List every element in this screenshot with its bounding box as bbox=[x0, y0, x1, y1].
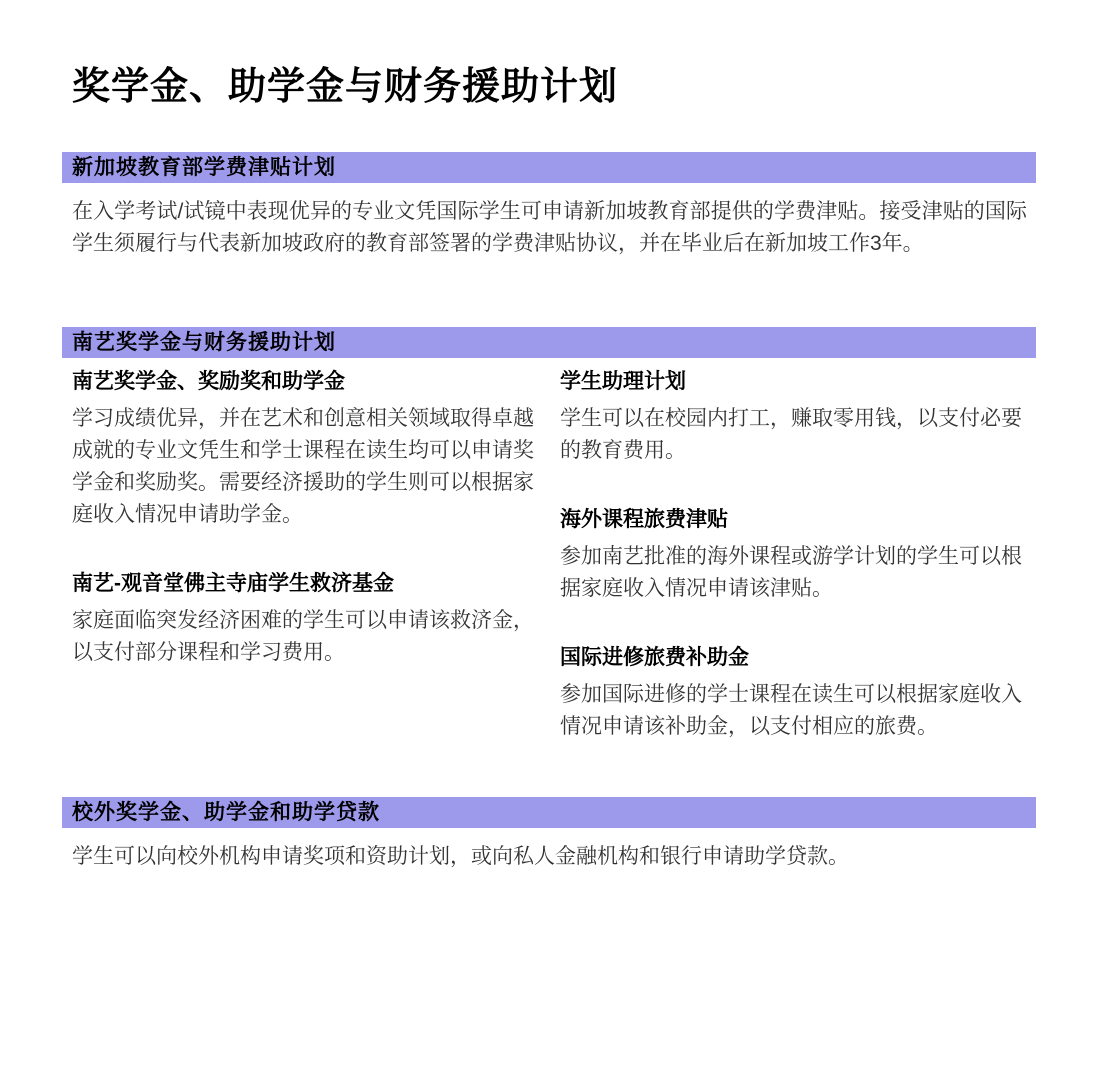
page-title: 奖学金、助学金与财务援助计划 bbox=[72, 64, 1027, 110]
section-body-moe-grant: 在入学考试/试镜中表现优异的专业文凭国际学生可申请新加坡教育部提供的学费津贴。接… bbox=[72, 196, 1027, 260]
column-right: 学生助理计划 学生可以在校园内打工，赚取零用钱，以支付必要的教育费用。 海外课程… bbox=[560, 369, 1022, 743]
document-page: 奖学金、助学金与财务援助计划 新加坡教育部学费津贴计划 在入学考试/试镜中表现优… bbox=[62, 64, 1036, 873]
subsection-title: 南艺-观音堂佛主寺庙学生救济基金 bbox=[72, 571, 534, 597]
section-header-label: 新加坡教育部学费津贴计划 bbox=[72, 157, 336, 178]
subsection-body: 学习成绩优异，并在艺术和创意相关领域取得卓越成就的专业文凭生和学士课程在读生均可… bbox=[72, 403, 534, 531]
subsection-body: 参加国际进修的学士课程在读生可以根据家庭收入情况申请该补助金，以支付相应的旅费。 bbox=[560, 679, 1022, 743]
subsection-body: 家庭面临突发经济困难的学生可以申请该救济金，以支付部分课程和学习费用。 bbox=[72, 605, 534, 669]
subsection-title: 学生助理计划 bbox=[560, 369, 1022, 395]
subsection-international-study-subsidy: 国际进修旅费补助金 参加国际进修的学士课程在读生可以根据家庭收入情况申请该补助金… bbox=[560, 645, 1022, 743]
subsection-overseas-travel-grant: 海外课程旅费津贴 参加南艺批准的海外课程或游学计划的学生可以根据家庭收入情况申请… bbox=[560, 507, 1022, 605]
subsection-nafa-scholarships: 南艺奖学金、奖励奖和助学金 学习成绩优异，并在艺术和创意相关领域取得卓越成就的专… bbox=[72, 369, 534, 531]
subsection-title: 国际进修旅费补助金 bbox=[560, 645, 1022, 671]
section-header-external-aid: 校外奖学金、助学金和助学贷款 bbox=[62, 797, 1036, 828]
subsection-title: 南艺奖学金、奖励奖和助学金 bbox=[72, 369, 534, 395]
section-body-external-aid: 学生可以向校外机构申请奖项和资助计划，或向私人金融机构和银行申请助学贷款。 bbox=[72, 841, 1027, 873]
two-column-layout: 南艺奖学金、奖励奖和助学金 学习成绩优异，并在艺术和创意相关领域取得卓越成就的专… bbox=[72, 369, 1036, 743]
subsection-body: 参加南艺批准的海外课程或游学计划的学生可以根据家庭收入情况申请该津贴。 bbox=[560, 541, 1022, 605]
section-header-nafa-aid: 南艺奖学金与财务援助计划 bbox=[62, 327, 1036, 358]
section-header-moe-grant: 新加坡教育部学费津贴计划 bbox=[62, 152, 1036, 183]
subsection-student-assistant: 学生助理计划 学生可以在校园内打工，赚取零用钱，以支付必要的教育费用。 bbox=[560, 369, 1022, 467]
subsection-body: 学生可以在校园内打工，赚取零用钱，以支付必要的教育费用。 bbox=[560, 403, 1022, 467]
section-header-label: 校外奖学金、助学金和助学贷款 bbox=[72, 802, 380, 823]
subsection-temple-relief-fund: 南艺-观音堂佛主寺庙学生救济基金 家庭面临突发经济困难的学生可以申请该救济金，以… bbox=[72, 571, 534, 669]
column-left: 南艺奖学金、奖励奖和助学金 学习成绩优异，并在艺术和创意相关领域取得卓越成就的专… bbox=[72, 369, 534, 743]
section-header-label: 南艺奖学金与财务援助计划 bbox=[72, 332, 336, 353]
subsection-title: 海外课程旅费津贴 bbox=[560, 507, 1022, 533]
